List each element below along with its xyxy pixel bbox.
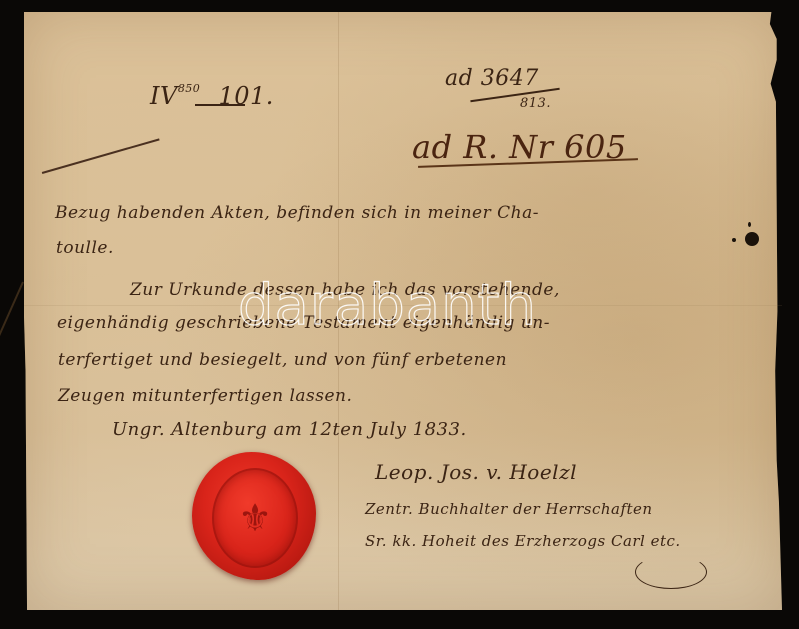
reference-prefix: ad [445,66,473,91]
body-line: terfertiget und besiegelt, und von fünf … [58,350,507,370]
reference-numerator: 850 [178,82,201,95]
body-line: Zeugen mitunterfertigen lassen. [58,386,352,406]
reference-sub: 813. [520,96,551,111]
watermark: darabanth [238,278,537,334]
coat-of-arms-icon: ⚜ [238,499,272,537]
body-line: toulle. [56,238,114,258]
seal-impression: ⚜ [212,468,298,568]
signature-flourish [635,555,707,589]
signature-title: Zentr. Buchhalter der Herrschaften [365,500,653,518]
reference-top-left: IV850 101. [150,82,274,110]
signature-name: Leop. Jos. v. Hoelzl [375,460,577,484]
paper-tear [0,282,24,338]
ink-dot [732,238,736,242]
fraction-line [195,104,245,106]
body-line: Bezug habenden Akten, befinden sich in m… [55,203,539,223]
wax-seal: ⚜ [192,452,316,580]
date-line: Ungr. Altenburg am 12ten July 1833. [112,419,467,440]
reference-number: 3647 [481,66,539,91]
reference-suffix: 101. [218,82,273,110]
ink-blot [745,232,759,246]
ink-dot [748,222,751,227]
reference-top-middle: ad 3647 [445,66,539,91]
reference-roman: IV [150,82,178,110]
signature-title: Sr. kk. Hoheit des Erzherzogs Carl etc. [365,532,681,550]
